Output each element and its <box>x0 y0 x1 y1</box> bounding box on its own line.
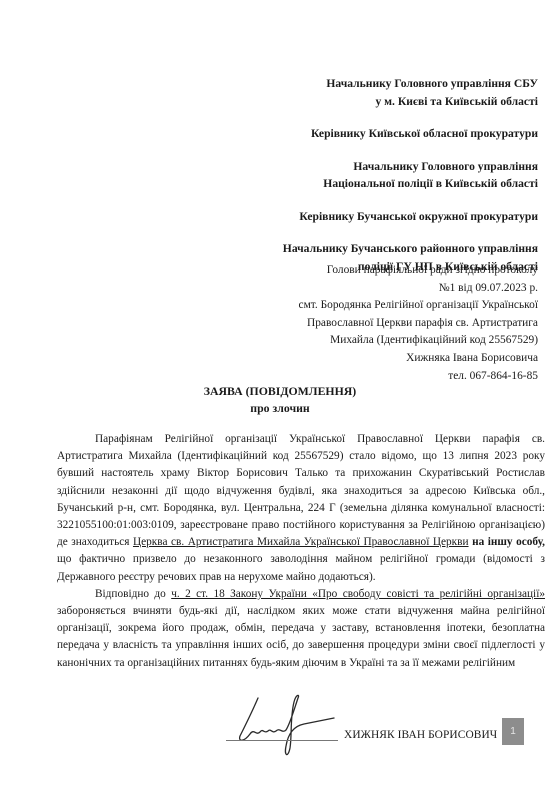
addressee-line: Начальнику Головного управління СБУ <box>118 75 538 93</box>
addressee-sbu: Начальнику Головного управління СБУ у м.… <box>118 75 538 110</box>
addressee-line: Начальнику Бучанського районного управлі… <box>118 240 538 258</box>
document-page: Начальнику Головного управління СБУ у м.… <box>0 0 560 791</box>
sender-block: Голови парафіяльної ради згідно протокол… <box>218 262 538 385</box>
signature-line <box>226 740 338 741</box>
paragraph-2: Відповідно до ч. 2 ст. 18 Закону України… <box>57 586 545 672</box>
addressee-regional-prosecutor: Керівнику Київської обласної прокуратури <box>118 125 538 143</box>
sender-line: Голови парафіяльної ради згідно протокол… <box>218 262 538 280</box>
title-sub: про злочин <box>0 400 560 417</box>
addressee-line: у м. Києві та Київській області <box>118 93 538 111</box>
addressee-line: Керівнику Бучанської окружної прокуратур… <box>118 208 538 226</box>
signature-area: ХИЖНЯК ІВАН БОРИСОВИЧ 1 <box>220 690 550 760</box>
page-number: 1 <box>502 718 524 745</box>
document-body: Парафіянам Релігійної організації Україн… <box>57 431 545 672</box>
document-title: ЗАЯВА (ПОВІДОМЛЕННЯ) про злочин <box>0 383 560 417</box>
bold-phrase: на іншу особу, <box>469 536 545 548</box>
addressee-line: Національної поліції в Київській області <box>118 175 538 193</box>
paragraph-text: Відповідно до <box>95 588 171 600</box>
addressee-bucha-prosecutor: Керівнику Бучанської окружної прокуратур… <box>118 208 538 226</box>
sender-line: №1 від 09.07.2023 р. <box>218 280 538 298</box>
sender-line: смт. Бородянка Релігійної організації Ук… <box>218 297 538 315</box>
signatory-name: ХИЖНЯК ІВАН БОРИСОВИЧ <box>344 729 497 741</box>
addressees-block: Начальнику Головного управління СБУ у м.… <box>118 75 538 290</box>
sender-line: Михайла (Ідентифікаційний код 25567529) <box>218 332 538 350</box>
law-reference-underlined: ч. 2 ст. 18 Закону України «Про свободу … <box>171 588 545 600</box>
addressee-line: Начальнику Головного управління <box>118 158 538 176</box>
title-main: ЗАЯВА (ПОВІДОМЛЕННЯ) <box>0 383 560 400</box>
addressee-national-police: Начальнику Головного управління Націонал… <box>118 158 538 193</box>
sender-line: Хижняка Івана Борисовича <box>218 350 538 368</box>
paragraph-text: що фактично призвело до незаконного заво… <box>57 553 545 582</box>
church-name-underlined: Церква св. Артистратига Михайла Українсь… <box>133 536 469 548</box>
addressee-line: Керівнику Київської обласної прокуратури <box>118 125 538 143</box>
signature-icon <box>230 690 350 762</box>
sender-line: Православної Церкви парафія св. Артистра… <box>218 315 538 333</box>
paragraph-text: Парафіянам Релігійної організації Україн… <box>57 433 545 548</box>
paragraph-text: забороняється вчиняти будь-які дії, насл… <box>57 605 545 669</box>
paragraph-1: Парафіянам Релігійної організації Україн… <box>57 431 545 586</box>
